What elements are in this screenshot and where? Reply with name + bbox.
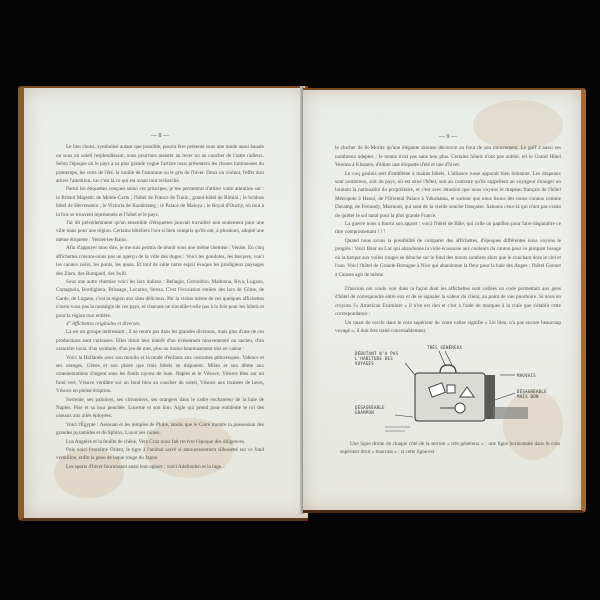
label-desagreable: DÉSAGRÉABLE GRAMPON (355, 405, 400, 415)
right-page-text: — 9 — le clocher de St-Moritz qu'une élé… (335, 133, 561, 335)
label-tres-genereux: TRÈS GÉNÉREUX (427, 345, 462, 350)
paragraph: Parmi les étiquettes conçues selon ces p… (56, 185, 264, 219)
label-debutant: DÉBUTANT N'A PAS L'HABITUDE DES VOYAGES (355, 351, 403, 366)
paragraph: Voici la Hollande avec son moulin et la … (56, 354, 264, 396)
paragraph: Un quart de cercle dans le coin supérieu… (335, 319, 561, 336)
paragraph: Le coq gaulois sert d'emblème à maints h… (335, 170, 561, 220)
paragraph: Voici l'Égypte : Assouan et les temples … (56, 421, 264, 438)
suitcase-illustration: TRÈS GÉNÉREUX DÉBUTANT N'A PAS L'HABITUD… (355, 345, 555, 440)
paragraph: Puis voici l'extrême Orient, le tigre à … (56, 446, 264, 463)
paragraph: Los Angeles et la feuille de chêne, Vera… (56, 438, 264, 446)
paragraph: Le lieu choisi, symbolisé autant que pos… (56, 143, 264, 185)
paragraph: J'ai dit précédemment qu'un ensemble d'é… (56, 219, 264, 244)
page-number: — 9 — (335, 133, 561, 141)
paragraph: Quand nous avons la possibilité de compa… (335, 237, 561, 279)
paragraph: Sous une autre chemise voici les lacs it… (56, 278, 264, 320)
caption-text: Une ligne droite de chaque côté de la se… (340, 440, 560, 457)
section-heading: 4° Affichettes originales et diverses. (56, 320, 264, 328)
paragraph: Les sports d'hiver fournissent aussi leu… (56, 463, 264, 471)
open-book: — 8 — Le lieu choisi, symbolisé autant q… (0, 0, 600, 600)
paragraph: Afin d'appuyer mon dire, je me suis perm… (56, 244, 264, 278)
paragraph: D'aucuns ont voulu voir dans la façon do… (335, 285, 561, 319)
label-desagreable-mais-bon: DÉSAGRÉABLE MAIS BON (517, 389, 555, 399)
left-page-text: — 8 — Le lieu choisi, symbolisé autant q… (56, 132, 264, 471)
paragraph: Là est un groupe intéressant ; il ne ren… (56, 328, 264, 353)
page-number: — 8 — (56, 132, 264, 140)
paragraph: Sorrente, ses palmiers, ses citronniers,… (56, 396, 264, 421)
paragraph: La guerre nous a fourni son apport : voi… (335, 220, 561, 237)
paragraph: Une ligne droite de chaque côté de la se… (340, 440, 560, 457)
label-mauvais: MAUVAIS (517, 373, 536, 378)
paragraph: le clocher de St-Moritz qu'une élégante … (335, 144, 561, 169)
